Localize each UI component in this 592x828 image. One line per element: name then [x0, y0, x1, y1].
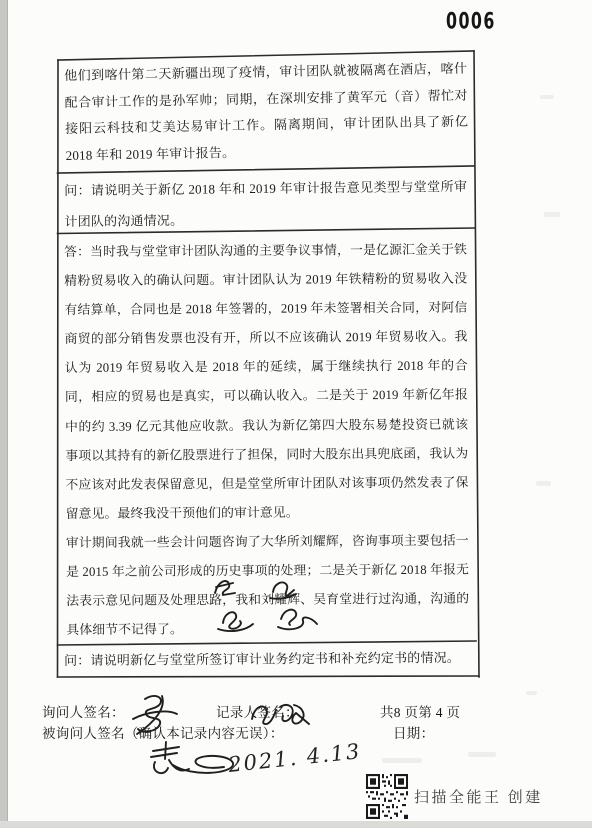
interviewee-signature-label: 被询问人签名（确认本记录内容无误）：: [42, 722, 284, 742]
scan-noise: [536, 481, 551, 486]
table-row-answer-continuation: 他们到喀什第二天新疆出现了疫情，审计团队就被隔离在酒店，喀什配合审计工作的是孙军…: [64, 56, 469, 169]
interviewee-handwritten-signature: [140, 740, 242, 782]
scan-noise: [540, 95, 554, 99]
question-text: 问：请说明新亿与堂堂所签订审计业务约定书和补充约定书的情况。: [64, 648, 467, 671]
inquirer-signature-label: 询问人签名：: [42, 701, 125, 721]
scan-noise: [468, 752, 496, 757]
table-border-left: [58, 60, 59, 677]
scanned-document-page: 0006 他们到喀什第二天新疆出现了疫情，审计团队就被隔离在酒店，喀什配合审计工…: [0, 0, 592, 828]
table-row-answer-audit-opinion: 答：当时我与堂堂审计团队沟通的主要争议事情，一是亿源汇金关于铁精粉贸易收入的确认…: [64, 236, 469, 646]
page-edge-shadow-left: [0, 0, 8, 828]
table-border-bottom: [58, 676, 480, 677]
answer-text-paragraph-2: 审计期间我就一些会计问题咨询了大华所刘耀辉，咨询事项主要包括一是 2015 年之…: [66, 526, 470, 645]
page-count-info: 共8 页第 4 页: [380, 701, 460, 721]
scan-noise: [382, 758, 422, 763]
table-row-question-audit-opinion: 问：请说明关于新亿 2018 年和 2019 年审计报告意见类型与堂堂所审计团队…: [64, 172, 468, 237]
handwritten-date: 2021. 4.13: [227, 739, 362, 777]
date-label: 日期：: [393, 722, 434, 742]
scan-noise: [526, 691, 537, 695]
scan-noise: [544, 212, 560, 217]
recorder-signature-label: 记录人签名：: [216, 701, 299, 721]
answer-continuation-text: 他们到喀什第二天新疆出现了疫情，审计团队就被隔离在酒店，喀什配合审计工作的是孙军…: [64, 56, 469, 169]
page-stamp-number: 0006: [446, 9, 496, 35]
answer-text-paragraph-1: 答：当时我与堂堂审计团队沟通的主要争议事情，一是亿源汇金关于铁精粉贸易收入的确认…: [64, 236, 469, 529]
page-edge-shadow-bottom: [0, 821, 592, 828]
question-text: 问：请说明关于新亿 2018 年和 2019 年审计报告意见类型与堂堂所审计团队…: [64, 172, 468, 237]
qr-code: [366, 774, 408, 819]
table-row-question-engagement-letter: 问：请说明新亿与堂堂所签订审计业务约定书和补充约定书的情况。: [64, 648, 467, 671]
table-border-right: [474, 51, 479, 677]
scanner-watermark-label: 扫描全能王 创建: [414, 786, 543, 807]
